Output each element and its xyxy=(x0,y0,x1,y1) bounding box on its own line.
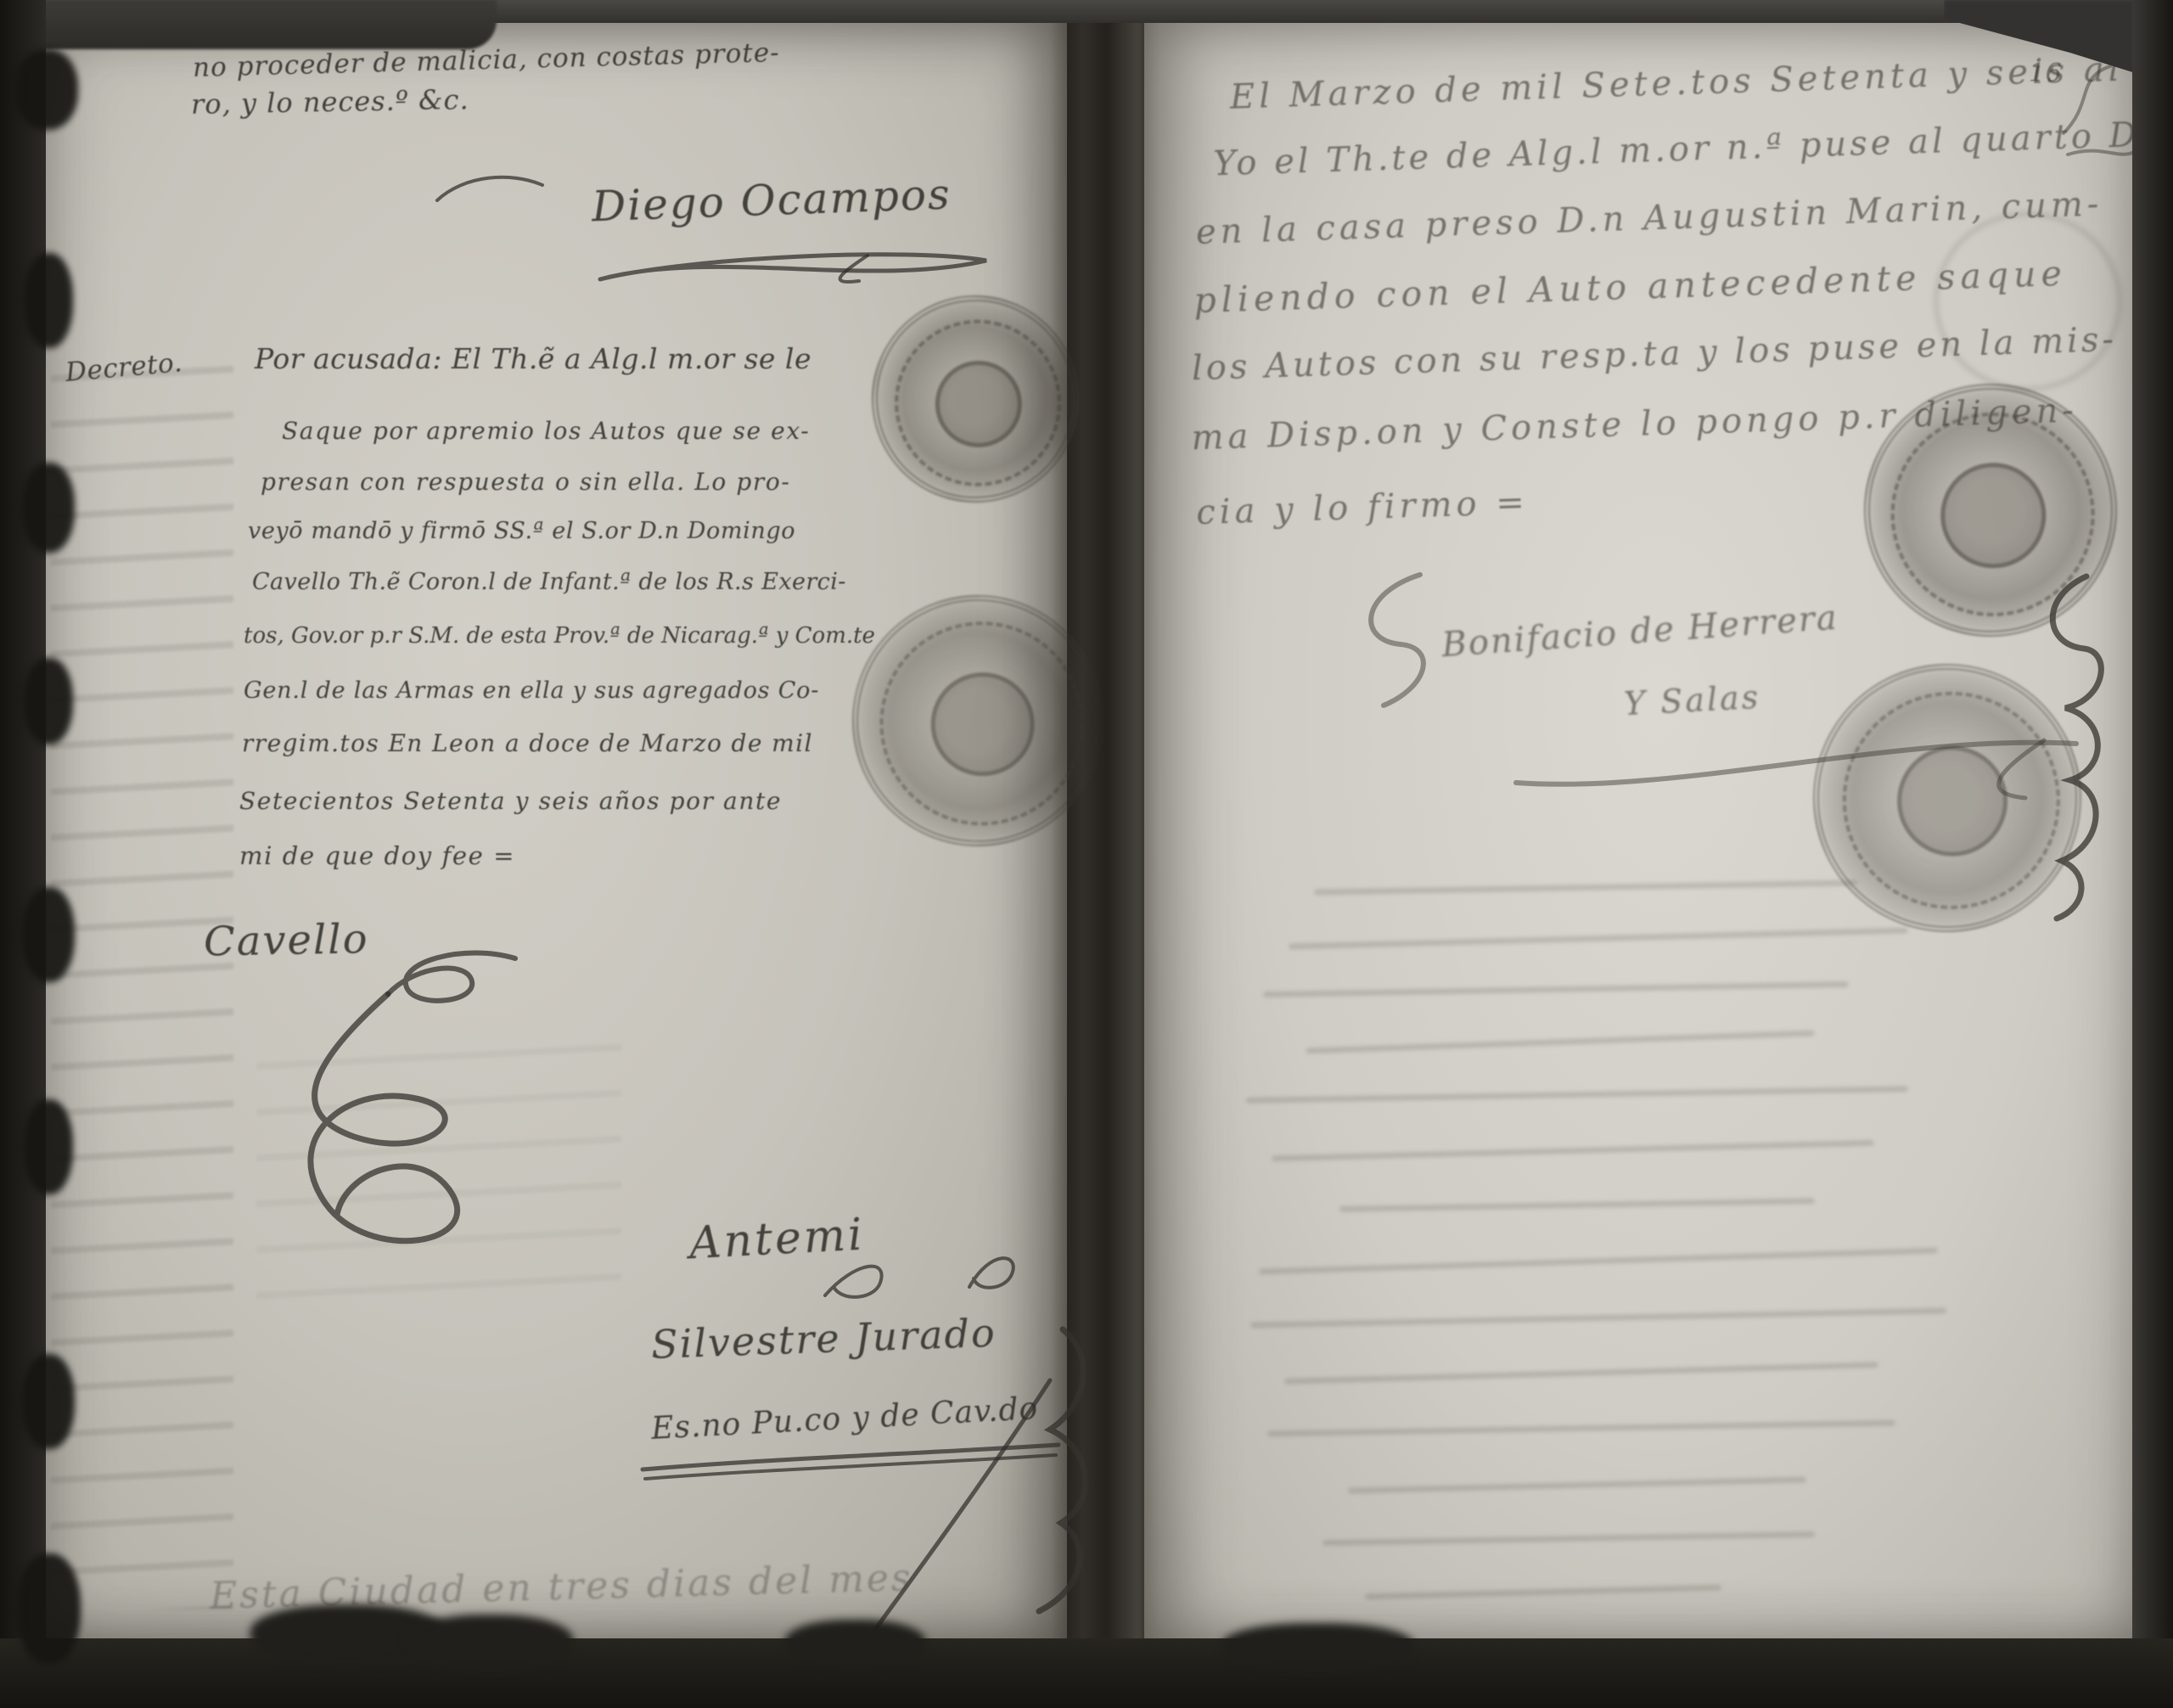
scan-edge-corner xyxy=(0,0,497,49)
body-line: cia y lo firmo = xyxy=(1196,486,1530,530)
binding-mark xyxy=(24,658,73,744)
body-line: El Marzo de mil Sete.tos Setenta y seis … xyxy=(1229,53,2124,115)
scan-edge-right xyxy=(2132,0,2173,1708)
notary-rubric-chain xyxy=(2006,564,2116,929)
scan-shadow xyxy=(785,1620,925,1666)
binding-mark xyxy=(17,1553,81,1664)
decree-line: tos, Gov.or p.r S.M. de esta Prov.ª de N… xyxy=(244,625,875,647)
binding-mark xyxy=(24,1099,73,1194)
decree-line: mi de que doy fee = xyxy=(239,844,515,868)
decree-line: rregim.tos En Leon a doce de Marzo de mi… xyxy=(242,732,813,756)
signature-diego: Diego Ocampos xyxy=(591,173,952,228)
left-page: no proceder de malicia, con costas prote… xyxy=(44,22,1067,1642)
right-page: 16 El Marzo de mil Sete.tos Setenta y se… xyxy=(1144,20,2134,1645)
signature-flourish xyxy=(1339,559,1450,721)
signature-rubric xyxy=(587,239,1012,298)
binding-mark xyxy=(15,49,78,130)
scan-shadow xyxy=(1222,1623,1413,1670)
scan-shadow xyxy=(407,1615,573,1670)
manuscript-scan: no proceder de malicia, con costas prote… xyxy=(0,0,2173,1708)
decree-line: veyō mandō y firmō SS.ª el S.or D.n Domi… xyxy=(248,520,795,542)
page-gutter-fold xyxy=(1051,0,1158,1708)
signature-flourish xyxy=(430,166,549,217)
decree-line: presan con respuesta o sin ella. Lo pro- xyxy=(261,470,790,494)
bleedthrough-text xyxy=(51,336,233,1610)
opening-line: ro, y lo neces.º &c. xyxy=(191,86,469,118)
bleedthrough-text xyxy=(1212,878,2044,1625)
binding-mark xyxy=(22,463,75,553)
binding-mark xyxy=(24,253,73,348)
body-line: Yo el Th.te de Alg.l m.or n.ª puse al qu… xyxy=(1213,117,2173,182)
decree-line: Setecientos Setenta y seis años por ante xyxy=(239,789,782,813)
binding-mark xyxy=(22,887,75,982)
decree-line: Cavello Th.ẽ Coron.l de Infant.ª de los … xyxy=(252,570,846,593)
decree-line: Saque por apremio los Autos que se ex- xyxy=(282,419,810,443)
signature-bonifacio: Bonifacio de Herrera xyxy=(1440,601,1839,663)
seal-ghost xyxy=(1934,211,2122,391)
binding-mark xyxy=(22,1354,75,1449)
decree-line: Por acusada: El Th.ẽ a Alg.l m.or se le xyxy=(255,345,811,373)
decree-line: Gen.l de las Armas en ella y sus agregad… xyxy=(244,679,819,702)
bleedthrough-text xyxy=(256,1024,621,1304)
